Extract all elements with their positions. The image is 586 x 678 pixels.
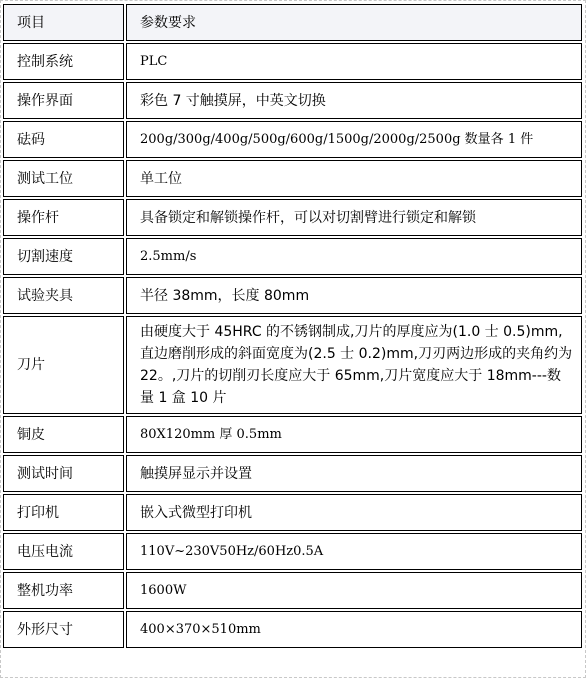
table-row: 整机功率 1600W [3, 572, 582, 609]
row-key: 外形尺寸 [3, 611, 124, 648]
table-row: 操作界面 彩色 7 寸触摸屏，中英文切换 [3, 82, 582, 119]
table-row: 砝码 200g/300g/400g/500g/600g/1500g/2000g/… [3, 121, 582, 158]
row-key: 测试时间 [3, 455, 124, 492]
header-item-cell: 项目 [3, 4, 124, 41]
table-row: 切割速度 2.5mm/s [3, 238, 582, 275]
table-header-row: 项目 参数要求 [3, 4, 582, 41]
row-value: 触摸屏显示并设置 [126, 455, 582, 492]
table-row: 操作杆 具备锁定和解锁操作杆，可以对切割臂进行锁定和解锁 [3, 199, 582, 236]
row-key: 试验夹具 [3, 277, 124, 314]
table-row: 铜皮 80X120mm 厚 0.5mm [3, 416, 582, 453]
row-key: 操作杆 [3, 199, 124, 236]
row-key: 控制系统 [3, 43, 124, 80]
row-value: 单工位 [126, 160, 582, 197]
row-key: 电压电流 [3, 533, 124, 570]
row-value: PLC [126, 43, 582, 80]
row-value: 彩色 7 寸触摸屏，中英文切换 [126, 82, 582, 119]
row-value: 具备锁定和解锁操作杆，可以对切割臂进行锁定和解锁 [126, 199, 582, 236]
row-key: 整机功率 [3, 572, 124, 609]
table-row: 测试时间 触摸屏显示并设置 [3, 455, 582, 492]
row-key: 打印机 [3, 494, 124, 531]
row-key: 操作界面 [3, 82, 124, 119]
row-value: 80X120mm 厚 0.5mm [126, 416, 582, 453]
spec-table: 项目 参数要求 控制系统 PLC 操作界面 彩色 7 寸触摸屏，中英文切换 砝码… [1, 2, 584, 650]
table-row: 电压电流 110V~230V50Hz/60Hz0.5A [3, 533, 582, 570]
row-value: 1600W [126, 572, 582, 609]
row-key: 砝码 [3, 121, 124, 158]
row-value: 110V~230V50Hz/60Hz0.5A [126, 533, 582, 570]
table-row: 试验夹具 半径 38mm，长度 80mm [3, 277, 582, 314]
table-row: 控制系统 PLC [3, 43, 582, 80]
row-value: 由硬度大于 45HRC 的不锈钢制成,刀片的厚度应为(1.0 士 0.5)mm,… [126, 316, 582, 414]
table-row: 打印机 嵌入式微型打印机 [3, 494, 582, 531]
header-param-cell: 参数要求 [126, 4, 582, 41]
row-key: 刀片 [3, 316, 124, 414]
row-value: 200g/300g/400g/500g/600g/1500g/2000g/250… [126, 121, 582, 158]
row-key: 测试工位 [3, 160, 124, 197]
row-value: 2.5mm/s [126, 238, 582, 275]
table-row: 外形尺寸 400×370×510mm [3, 611, 582, 648]
row-value: 400×370×510mm [126, 611, 582, 648]
row-value: 半径 38mm，长度 80mm [126, 277, 582, 314]
table-row: 刀片 由硬度大于 45HRC 的不锈钢制成,刀片的厚度应为(1.0 士 0.5)… [3, 316, 582, 414]
row-key: 切割速度 [3, 238, 124, 275]
table-row: 测试工位 单工位 [3, 160, 582, 197]
row-value: 嵌入式微型打印机 [126, 494, 582, 531]
row-key: 铜皮 [3, 416, 124, 453]
